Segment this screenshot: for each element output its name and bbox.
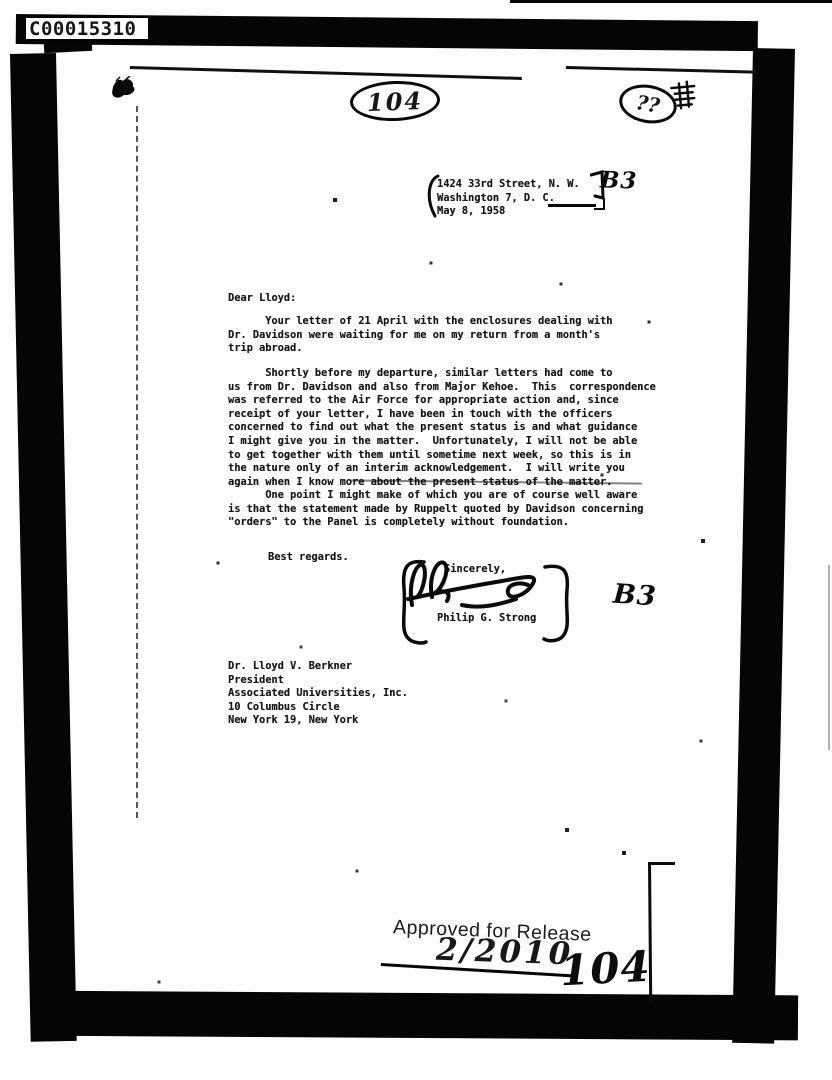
document-id-label: C00015310 [24, 16, 150, 41]
circled-page-number-text: 104 [366, 86, 423, 117]
scan-border-bottom [38, 991, 798, 1041]
letter-paragraph-2: Shortly before my departure, similar let… [228, 367, 678, 489]
bottom-page-number: 104 [559, 942, 652, 996]
signer-name: Philip G. Strong [437, 612, 536, 626]
scan-edge-top [510, 0, 832, 3]
left-margin-dashed-line [136, 106, 138, 818]
circled-annotation-text: ?? [634, 90, 661, 118]
noise-specks [0, 0, 2, 2]
page-top-rule-left [130, 66, 522, 79]
scan-artifact-mark [44, 41, 92, 53]
recipient-address: Dr. Lloyd V. Berkner President Associate… [228, 660, 408, 728]
address-hook-mark [594, 198, 605, 210]
scan-border-right [732, 48, 795, 1044]
address-bracket-left [426, 174, 440, 218]
classification-mark-upper: B3 [600, 166, 638, 194]
letter-paragraph-1: Your letter of 21 April with the enclosu… [228, 315, 678, 356]
address-underline-mark [548, 204, 596, 207]
circled-page-number: 104 [349, 79, 440, 122]
release-date-handwritten: 2/2010 [435, 932, 573, 973]
closing-line: Best regards. [268, 551, 349, 565]
scan-border-left [10, 53, 77, 1042]
ink-blot [110, 76, 138, 100]
scanned-document-page: C00015310 104 ?? 1424 33rd Street, N. W.… [0, 0, 832, 1080]
corner-bracket-mark [649, 862, 675, 865]
salutation: Dear Lloyd: [228, 292, 296, 306]
document-id-text: C00015310 [29, 18, 136, 40]
handwritten-monogram [667, 79, 702, 114]
sender-address: 1424 33rd Street, N. W. Washington 7, D.… [437, 178, 580, 219]
letter-paragraph-3: One point I might make of which you are … [228, 489, 688, 530]
page-top-rule-right [566, 66, 756, 73]
scan-streak-line [828, 565, 830, 750]
classification-mark-lower: B3 [612, 579, 658, 613]
